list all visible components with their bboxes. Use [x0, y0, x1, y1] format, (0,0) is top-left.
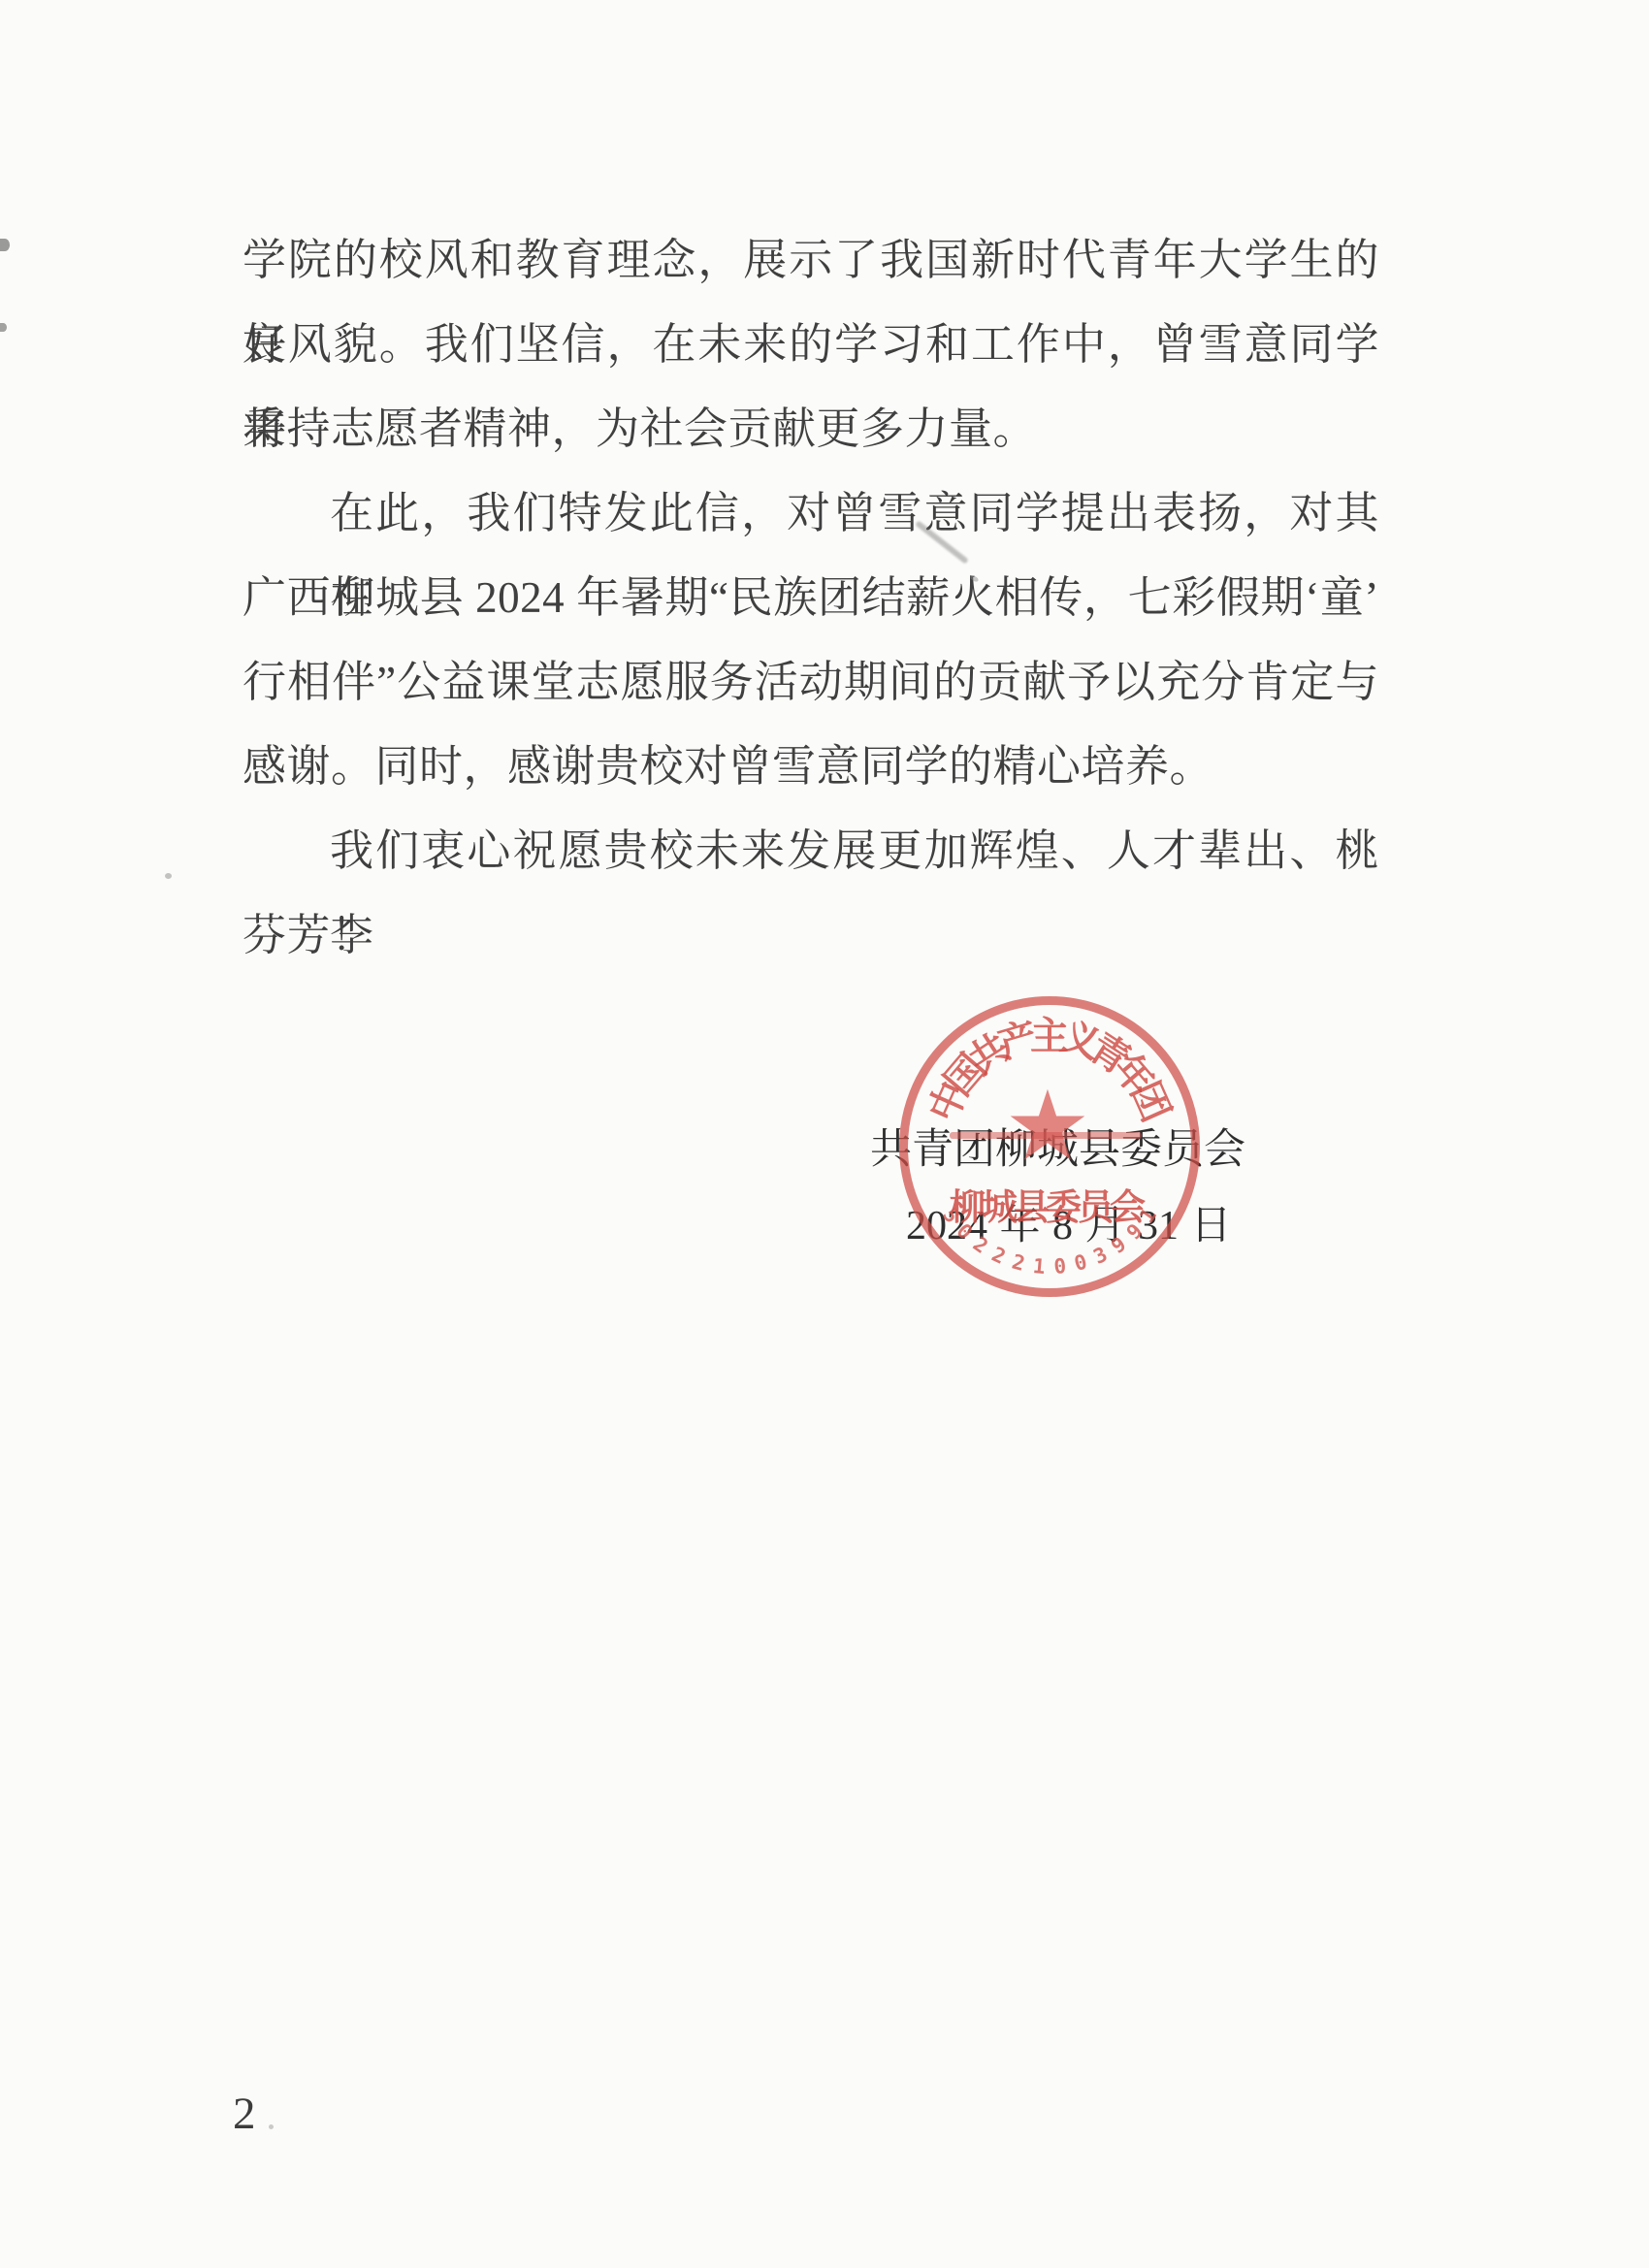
- scan-speck: [0, 323, 7, 332]
- letter-line: 秉持志愿者精神，为社会贡献更多力量。: [242, 387, 1379, 471]
- letter-line: 芬芳！: [242, 893, 1379, 978]
- scan-speck: [165, 873, 172, 879]
- letter-body: 学院的校风和教育理念，展示了我国新时代青年大学生的良好风貌。我们坚信，在未来的学…: [242, 218, 1379, 978]
- letter-line: 广西柳城县 2024 年暑期“民族团结薪火相传，七彩假期‘童’: [242, 556, 1379, 640]
- letter-line: 好风貌。我们坚信，在未来的学习和工作中，曾雪意同学将: [242, 303, 1379, 387]
- letter-line: 学院的校风和教育理念，展示了我国新时代青年大学生的良: [242, 218, 1379, 303]
- letter-line: 感谢。同时，感谢贵校对曾雪意同学的精心培养。: [242, 725, 1379, 809]
- letter-line: 行相伴”公益课堂志愿服务活动期间的贡献予以充分肯定与: [242, 640, 1379, 725]
- letter-line: 在此，我们特发此信，对曾雪意同学提出表扬，对其在: [242, 471, 1379, 556]
- letter-line: 我们衷心祝愿贵校未来发展更加辉煌、人才辈出、桃李: [242, 809, 1379, 893]
- scan-speck: [0, 239, 10, 251]
- seal-banner-bar: [950, 1132, 1142, 1139]
- seal-serial-digit: 0: [1052, 1254, 1067, 1279]
- scan-speck: [269, 2124, 274, 2129]
- official-seal: 中国共产主义青年团 ★ 柳城县委员会 502221003991: [899, 996, 1200, 1297]
- seal-serial-digit: 1: [1032, 1254, 1047, 1279]
- star-icon: ★: [1004, 1078, 1091, 1175]
- seal-inner-text: 柳城县委员会: [950, 1178, 1142, 1230]
- scanned-letter-page: { "page": { "number": "2", "background":…: [0, 0, 1649, 2268]
- page-number: 2: [233, 2088, 256, 2140]
